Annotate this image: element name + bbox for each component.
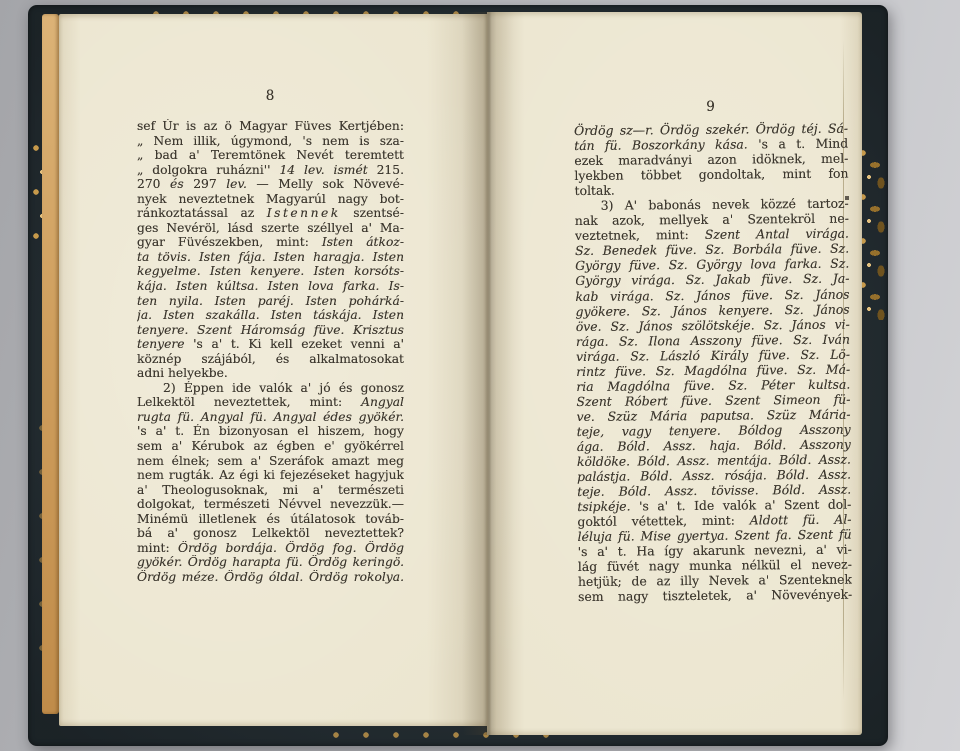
text-line: 2) Éppen ide valók a' jó és gonosz: [137, 381, 404, 396]
text-line: ránkoztatással az Istennek szentsé-: [137, 206, 404, 221]
left-page-text: sef Úr is az ö Magyar Füves Kertjében:„ …: [137, 119, 404, 585]
text-line: nem élnek; sem a' Szeráfok amazt meg: [137, 454, 404, 469]
book-scan-scene: 8 9 sef Úr is az ö Magyar Füves Kertjébe…: [0, 0, 960, 751]
page-number-left: 8: [137, 88, 404, 104]
text-line: ten nyila. Isten paréj. Isten pohárká-: [137, 294, 404, 309]
text-line: 270 és 297 lev. — Melly sok Növevé-: [137, 177, 404, 192]
text-line: kája. Isten kúltsa. Isten lova farka. Is…: [137, 279, 404, 294]
text-line: sem a' Kérubok az égben e' gyökérrel: [137, 439, 404, 454]
text-line: Minémü illetlenek és útálatosok továb-: [137, 512, 404, 527]
text-line: tenyere 's a' t. Ki kell ezeket venni a': [137, 337, 404, 352]
text-line: lyekben többet gondoltak, mint fon: [574, 166, 848, 183]
text-line: rugta fü. Angyal fü. Angyal édes gyökér.: [137, 410, 404, 425]
page-stack-fore-edge: [42, 14, 59, 714]
text-line: Ördög méze. Ördög óldal. Ördög rokolya.: [137, 570, 404, 585]
printer-mark: [845, 196, 849, 200]
text-line: mint: Ördög bordája. Ördög fog. Ördög: [137, 541, 404, 556]
text-line: ta tövis. Isten fája. Isten haragja. Ist…: [137, 250, 404, 265]
text-line: adni helyekbe.: [137, 366, 404, 381]
text-line: a' Theologusoknak, mi a' természeti: [137, 483, 404, 498]
right-page-text: Ördög sz—r. Ördög szekér. Ördög téj. Sá-…: [574, 121, 852, 605]
text-line: sef Úr is az ö Magyar Füves Kertjében:: [137, 119, 404, 134]
text-line: „ bad a' Teremtönek Nevét teremtett: [137, 148, 404, 163]
text-line: ges Nevéröl, lásd szerte széllyel a' Ma-: [137, 221, 404, 236]
text-line: sem nagy tiszteletek, a' Növevények-: [578, 587, 852, 604]
text-line: Lelkektöl neveztettek, mint: Angyal: [137, 395, 404, 410]
text-line: kegyelme. Isten kenyere. Isten korsóts-: [137, 264, 404, 279]
text-line: „ Nem illik, úgymond, 's nem is sza-: [137, 134, 404, 149]
text-line: nem rugták. Az égi ki fejezéseket hagyju…: [137, 468, 404, 483]
text-line: bá a' gonosz Lelkektöl neveztettek?: [137, 526, 404, 541]
text-line: ja. Isten szakálla. Isten táskája. Isten: [137, 308, 404, 323]
text-line: gyökér. Ördög harapta fü. Ördög keringö.: [137, 555, 404, 570]
text-line: nyek neveztetnek Magyarúl nagy bot-: [137, 192, 404, 207]
text-line: „ dolgokra ruházni'' 14 lev. ismét 215.: [137, 163, 404, 178]
text-line: gyar Füvészekben, mint: Isten átkoz-: [137, 235, 404, 250]
text-line: dolgokat, természeti Névvel nevezzük.—: [137, 497, 404, 512]
text-line: 's a' t. Én bizonyosan el hiszem, hogy: [137, 424, 404, 439]
text-line: tenyere. Szent Háromság füve. Krisztus: [137, 323, 404, 338]
text-line: köznép szájából, és alkalmatosokat: [137, 352, 404, 367]
page-number-right: 9: [575, 99, 847, 115]
